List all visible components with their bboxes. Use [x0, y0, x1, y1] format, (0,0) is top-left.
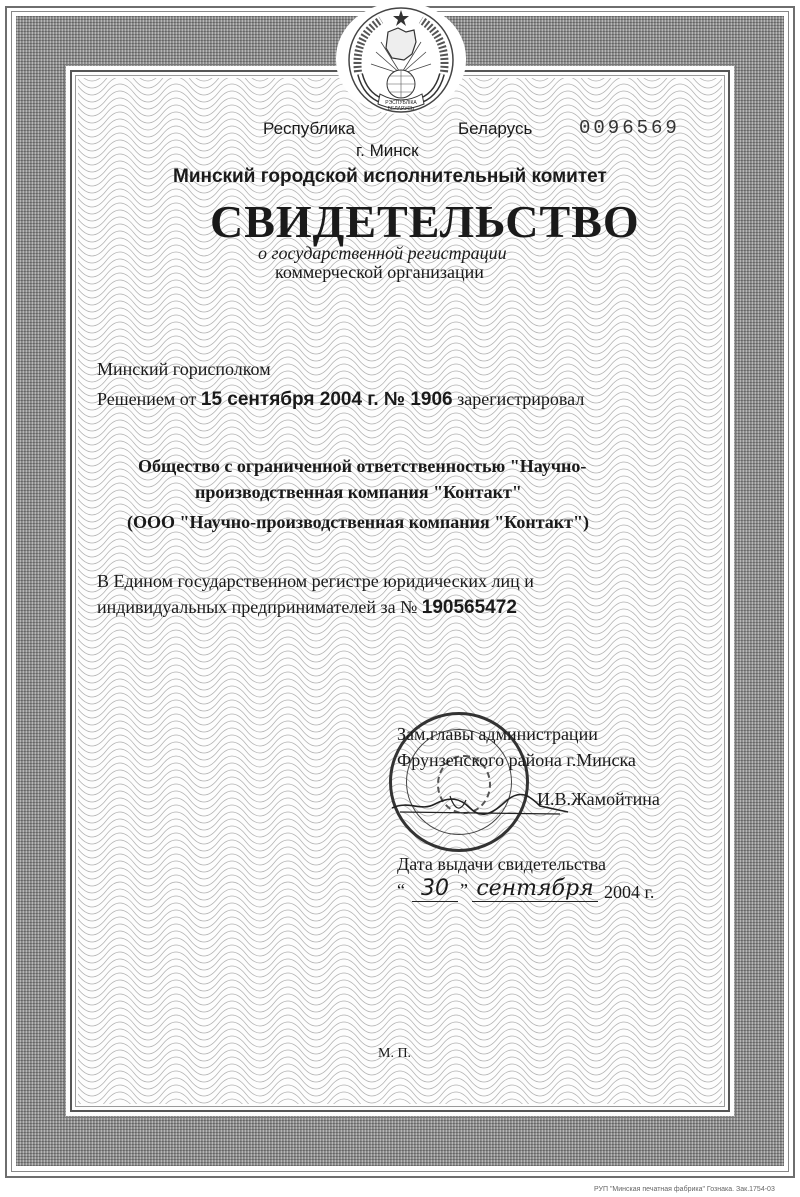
issuer-name: Минский горисполком [97, 359, 271, 380]
signer-position-line1: Зам.главы администрации [397, 724, 598, 745]
issue-year: 2004 г. [604, 882, 654, 903]
printer-note: РУП "Минская печатная фабрика" Гознака. … [594, 1186, 775, 1193]
serial-number: 0096569 [579, 117, 680, 139]
svg-text:БЕЛАРУСЬ: БЕЛАРУСЬ [388, 106, 415, 112]
organization-name-line2: производственная компания "Контакт" [195, 482, 522, 503]
quote-open: “ [397, 880, 405, 901]
organization-name-line1: Общество с ограниченной ответственностью… [138, 456, 586, 477]
document-title: СВИДЕТЕЛЬСТВО [210, 195, 640, 248]
organization-short-name: (ООО "Научно-производственная компания "… [127, 512, 589, 533]
register-line2: индивидуальных предпринимателей за № 190… [97, 597, 517, 619]
document-subtitle-italic: о государственной регистрации [258, 243, 507, 264]
decision-prefix: Решением от [97, 389, 196, 409]
country-right-label: Беларусь [458, 119, 532, 139]
decision-suffix: зарегистрировал [457, 389, 584, 409]
seal-place-label: М. П. [378, 1046, 411, 1062]
country-left-label: Республика [263, 119, 355, 139]
city-label: г. Минск [356, 141, 419, 161]
register-prefix: индивидуальных предпринимателей за № [97, 597, 417, 617]
decision-line: Решением от 15 сентября 2004 г. № 1906 з… [97, 389, 584, 411]
issue-date-label: Дата выдачи свидетельства [397, 854, 606, 875]
issue-day-handwritten: 30 [412, 877, 458, 902]
issuing-authority: Минский городской исполнительный комитет [173, 166, 607, 188]
issue-month-handwritten: сентября [472, 877, 598, 902]
quote-close: ” [460, 880, 468, 901]
document-subtitle: коммерческой организации [275, 262, 484, 283]
decision-date: 15 сентября 2004 г. № 1906 [201, 389, 453, 410]
signer-name: И.В.Жамойтина [537, 789, 660, 810]
signer-position-line2: Фрунзенского района г.Минска [397, 750, 636, 771]
register-number: 190565472 [422, 597, 517, 618]
coat-of-arms-icon: РЭСПУБЛІКА БЕЛАРУСЬ [336, 2, 466, 114]
register-line1: В Едином государственном регистре юридич… [97, 571, 534, 592]
